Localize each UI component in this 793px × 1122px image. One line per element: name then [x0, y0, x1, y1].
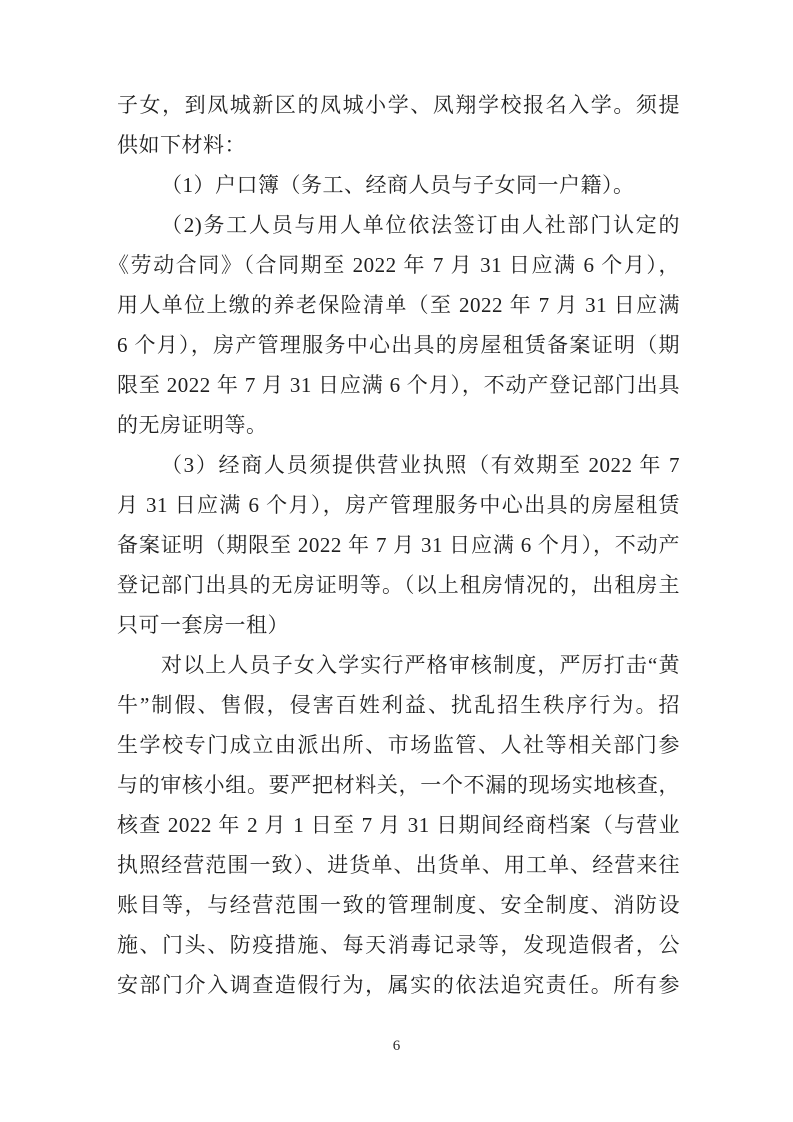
text-line: 安部门介入调查造假行为，属实的依法追究责任。所有参 [117, 965, 680, 1005]
text-line: 施、门头、防疫措施、每天消毒记录等，发现造假者，公 [117, 925, 680, 965]
text-line: 用人单位上缴的养老保险清单（至 2022 年 7 月 31 日应满 [117, 285, 680, 325]
text-line: 6 个月），房产管理服务中心出具的房屋租赁备案证明（期 [117, 325, 680, 365]
text-line: 执照经营范围一致）、进货单、出货单、用工单、经营来往 [117, 845, 680, 885]
document-text-block: 子女，到凤城新区的凤城小学、凤翔学校报名入学。须提 供如下材料： （1）户口簿（… [117, 85, 680, 1005]
text-line: 登记部门出具的无房证明等。（以上租房情况的，出租房主 [117, 565, 680, 605]
text-line: 生学校专门成立由派出所、市场监管、人社等相关部门参 [117, 725, 680, 765]
text-line: 与的审核小组。要严把材料关，一个不漏的现场实地核查， [117, 765, 680, 805]
document-page: 子女，到凤城新区的凤城小学、凤翔学校报名入学。须提 供如下材料： （1）户口簿（… [0, 0, 793, 1122]
text-line: 限至 2022 年 7 月 31 日应满 6 个月），不动产登记部门出具 [117, 365, 680, 405]
text-line: 账目等，与经营范围一致的管理制度、安全制度、消防设 [117, 885, 680, 925]
text-line: 备案证明（期限至 2022 年 7 月 31 日应满 6 个月），不动产 [117, 525, 680, 565]
text-line: 《劳动合同》（合同期至 2022 年 7 月 31 日应满 6 个月）， [117, 245, 680, 285]
text-line: （3）经商人员须提供营业执照（有效期至 2022 年 7 [117, 445, 680, 485]
text-line: 对以上人员子女入学实行严格审核制度，严厉打击“黄 [117, 645, 680, 685]
text-line: 只可一套房一租） [117, 605, 680, 645]
text-line: 的无房证明等。 [117, 405, 680, 445]
text-line: （2)务工人员与用人单位依法签订由人社部门认定的 [117, 205, 680, 245]
text-line: 月 31 日应满 6 个月），房产管理服务中心出具的房屋租赁 [117, 485, 680, 525]
text-line: 子女，到凤城新区的凤城小学、凤翔学校报名入学。须提 [117, 85, 680, 125]
text-line: 核查 2022 年 2 月 1 日至 7 月 31 日期间经商档案（与营业 [117, 805, 680, 845]
text-line: 供如下材料： [117, 125, 680, 165]
page-number: 6 [0, 1036, 793, 1056]
text-line: 牛”制假、售假，侵害百姓利益、扰乱招生秩序行为。招 [117, 685, 680, 725]
text-line: （1）户口簿（务工、经商人员与子女同一户籍）。 [117, 165, 680, 205]
